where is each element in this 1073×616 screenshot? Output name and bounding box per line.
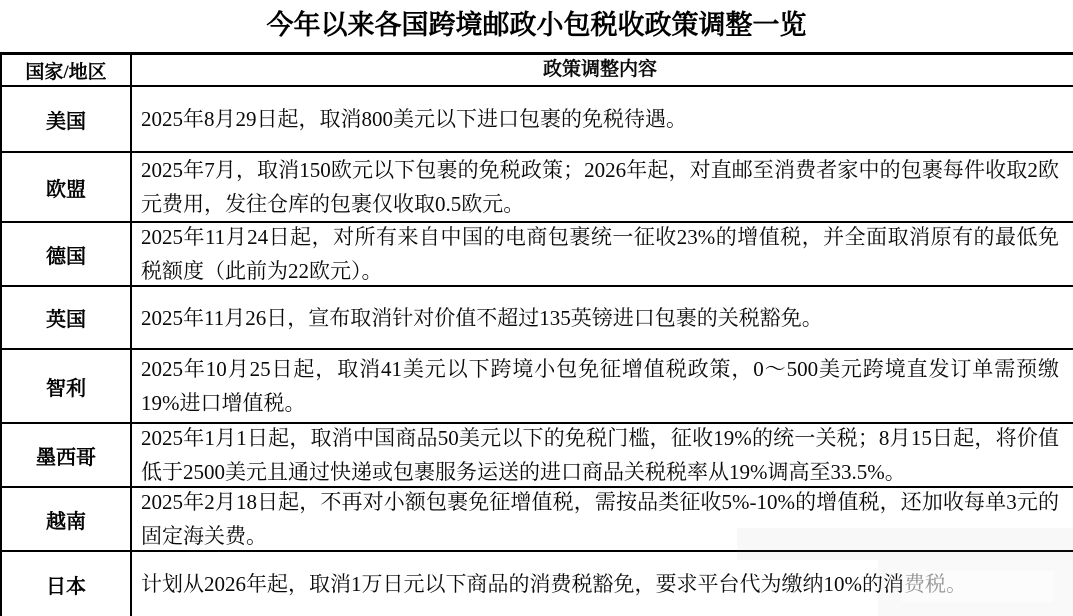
policy-text: 2025年2月18日起，不再对小额包裹免征增值税，需按品类征收5%-10%的增值… — [141, 488, 1059, 550]
policy-cell: 2025年7月，取消150欧元以下包裹的免税政策；2026年起，对直邮至消费者家… — [132, 153, 1073, 221]
country-cell: 德国 — [2, 223, 132, 285]
policy-text: 计划从2026年起，取消1万日元以下商品的消费税豁免，要求平台代为缴纳10%的消… — [141, 567, 1059, 601]
column-header-country: 国家/地区 — [2, 55, 132, 85]
country-cell: 墨西哥 — [2, 424, 132, 486]
column-header-policy: 政策调整内容 — [132, 55, 1073, 85]
country-cell: 英国 — [2, 287, 132, 348]
country-cell: 美国 — [2, 87, 132, 151]
page: 今年以来各国跨境邮政小包税收政策调整一览 国家/地区 政策调整内容 美国 202… — [0, 0, 1073, 616]
table-row-uk: 英国 2025年11月26日，宣布取消针对价值不超过135英镑进口包裹的关税豁免… — [2, 287, 1073, 350]
table-row-mexico: 墨西哥 2025年1月1日起，取消中国商品50美元以下的免税门槛，征收19%的统… — [2, 424, 1073, 488]
table-row-chile: 智利 2025年10月25日起，取消41美元以下跨境小包免征增值税政策，0～50… — [2, 350, 1073, 424]
policy-cell: 2025年10月25日起，取消41美元以下跨境小包免征增值税政策，0～500美元… — [132, 350, 1073, 422]
table-row-vietnam: 越南 2025年2月18日起，不再对小额包裹免征增值税，需按品类征收5%-10%… — [2, 488, 1073, 552]
country-cell: 智利 — [2, 350, 132, 422]
country-cell: 越南 — [2, 488, 132, 550]
policy-text: 2025年1月1日起，取消中国商品50美元以下的免税门槛，征收19%的统一关税；… — [141, 424, 1059, 486]
policy-text: 2025年11月24日起，对所有来自中国的电商包裹统一征收23%的增值税，并全面… — [141, 223, 1059, 285]
table-row-eu: 欧盟 2025年7月，取消150欧元以下包裹的免税政策；2026年起，对直邮至消… — [2, 153, 1073, 223]
policy-text: 2025年7月，取消150欧元以下包裹的免税政策；2026年起，对直邮至消费者家… — [141, 153, 1059, 221]
policy-cell: 2025年11月26日，宣布取消针对价值不超过135英镑进口包裹的关税豁免。 — [132, 287, 1073, 348]
policy-text: 2025年10月25日起，取消41美元以下跨境小包免征增值税政策，0～500美元… — [141, 352, 1059, 420]
page-title: 今年以来各国跨境邮政小包税收政策调整一览 — [0, 0, 1073, 52]
policy-cell: 计划从2026年起，取消1万日元以下商品的消费税豁免，要求平台代为缴纳10%的消… — [132, 552, 1073, 616]
table-header-row: 国家/地区 政策调整内容 — [2, 55, 1073, 87]
country-cell: 日本 — [2, 552, 132, 616]
policy-table: 国家/地区 政策调整内容 美国 2025年8月29日起，取消800美元以下进口包… — [0, 52, 1073, 616]
policy-cell: 2025年2月18日起，不再对小额包裹免征增值税，需按品类征收5%-10%的增值… — [132, 488, 1073, 550]
table-row-germany: 德国 2025年11月24日起，对所有来自中国的电商包裹统一征收23%的增值税，… — [2, 223, 1073, 287]
policy-cell: 2025年8月29日起，取消800美元以下进口包裹的免税待遇。 — [132, 87, 1073, 151]
policy-cell: 2025年11月24日起，对所有来自中国的电商包裹统一征收23%的增值税，并全面… — [132, 223, 1073, 285]
table-row-usa: 美国 2025年8月29日起，取消800美元以下进口包裹的免税待遇。 — [2, 87, 1073, 153]
country-cell: 欧盟 — [2, 153, 132, 221]
column-header-policy-label: 政策调整内容 — [141, 55, 1059, 85]
policy-text: 2025年8月29日起，取消800美元以下进口包裹的免税待遇。 — [141, 102, 1059, 136]
table-row-japan: 日本 计划从2026年起，取消1万日元以下商品的消费税豁免，要求平台代为缴纳10… — [2, 552, 1073, 616]
policy-text: 2025年11月26日，宣布取消针对价值不超过135英镑进口包裹的关税豁免。 — [141, 301, 1059, 335]
policy-cell: 2025年1月1日起，取消中国商品50美元以下的免税门槛，征收19%的统一关税；… — [132, 424, 1073, 486]
